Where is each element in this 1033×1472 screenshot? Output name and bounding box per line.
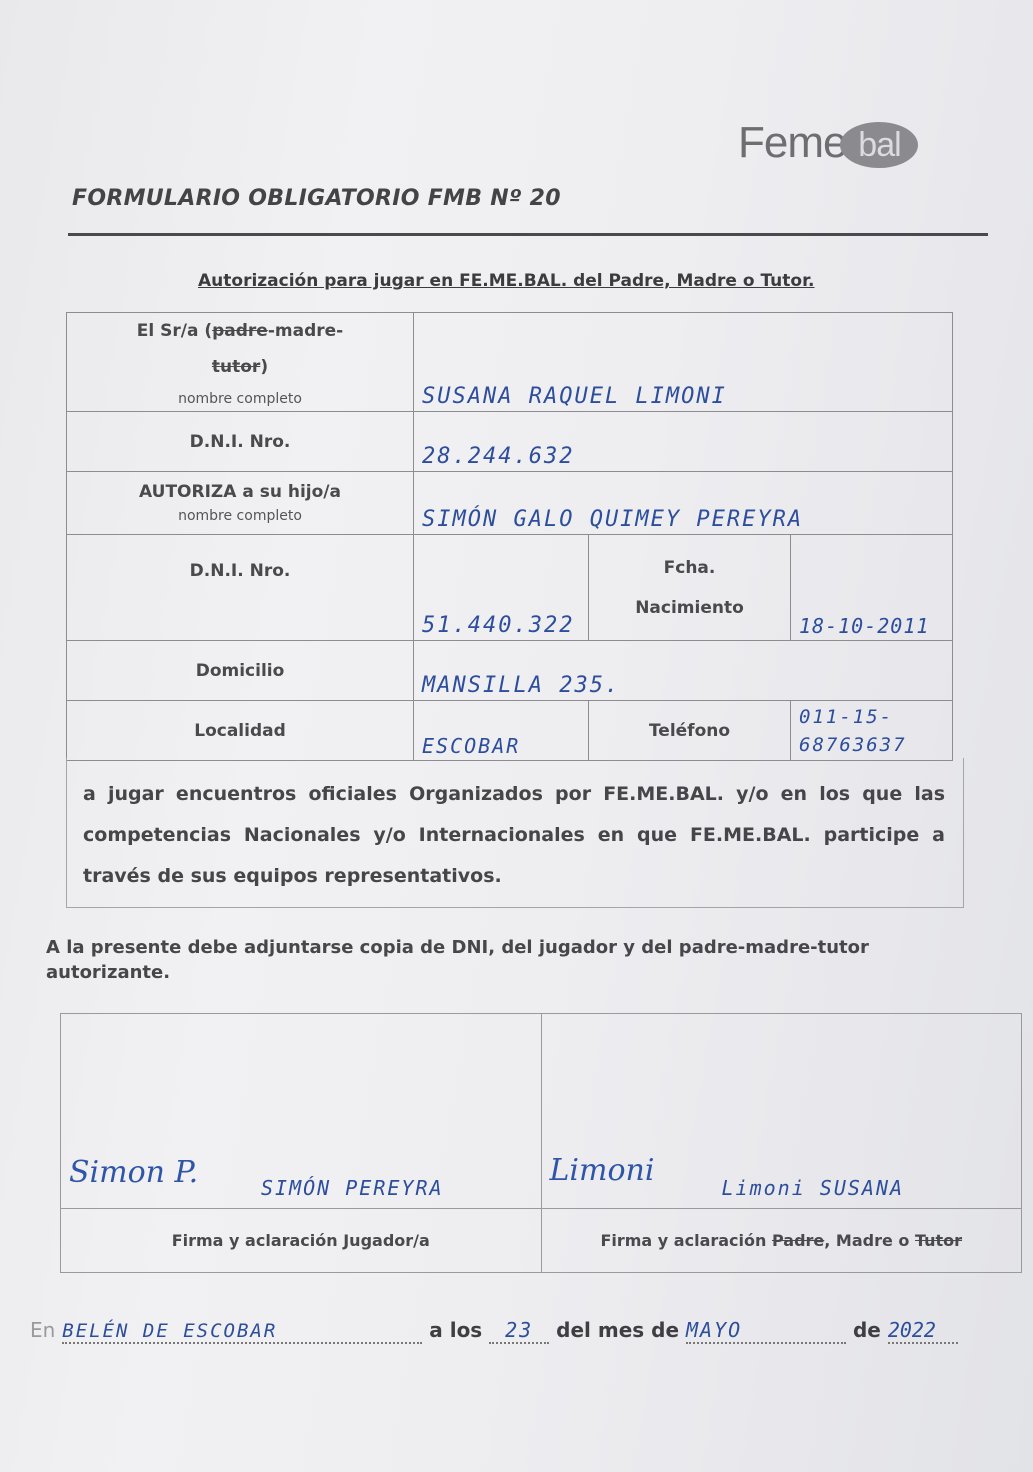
address-label: Domicilio	[67, 641, 414, 701]
phone-label: Teléfono	[589, 701, 791, 761]
attachment-note: A la presente debe adjuntarse copia de D…	[46, 935, 966, 985]
form-subtitle: Autorización para jugar en FE.ME.BAL. de…	[198, 271, 815, 291]
form-title: FORMULARIO OBLIGATORIO FMB Nº 20	[72, 186, 561, 211]
title-divider	[68, 233, 988, 236]
authorization-text: a jugar encuentros oficiales Organizados…	[66, 758, 964, 908]
authorization-table: El Sr/a (padre-madre-tutor) nombre compl…	[66, 312, 953, 761]
phone-field[interactable]: 011-15-68763637	[791, 701, 953, 761]
address-row: Domicilio MANSILLA 235.	[67, 641, 953, 701]
signature-table: Simon P. SIMÓN PEREYRA Limoni Limoni SUS…	[60, 1013, 1022, 1273]
guardian-signature-label: Firma y aclaración Padre, Madre o Tutor	[541, 1209, 1022, 1273]
locality-field[interactable]: ESCOBAR	[414, 701, 589, 761]
guardian-signature: Limoni	[550, 1153, 655, 1188]
place-date-line: En BELÉN DE ESCOBAR a los 23 del mes de …	[30, 1318, 958, 1344]
birth-date-label: Fcha.Nacimiento	[589, 535, 791, 641]
ball-icon: bal	[840, 122, 918, 168]
place-field[interactable]: BELÉN DE ESCOBAR	[62, 1320, 422, 1344]
locality-row: Localidad ESCOBAR Teléfono 011-15-687636…	[67, 701, 953, 761]
address-field[interactable]: MANSILLA 235.	[414, 641, 953, 701]
guardian-name-field[interactable]: SUSANA RAQUEL LIMONI	[414, 313, 953, 412]
child-name-field[interactable]: SIMÓN GALO QUIMEY PEREYRA	[414, 472, 953, 535]
month-field[interactable]: MAYO	[686, 1318, 846, 1344]
player-clarification: SIMÓN PEREYRA	[261, 1176, 444, 1200]
child-dni-label: D.N.I. Nro.	[67, 535, 414, 641]
child-dni-row: D.N.I. Nro. 51.440.322 Fcha.Nacimiento 1…	[67, 535, 953, 641]
guardian-dni-row: D.N.I. Nro. 28.244.632	[67, 412, 953, 472]
child-label: AUTORIZA a su hijo/a nombre completo	[67, 472, 414, 535]
child-name-row: AUTORIZA a su hijo/a nombre completo SIM…	[67, 472, 953, 535]
player-signature: Simon P.	[69, 1155, 198, 1190]
locality-label: Localidad	[67, 701, 414, 761]
guardian-label: El Sr/a (padre-madre-tutor) nombre compl…	[67, 313, 414, 412]
player-signature-label: Firma y aclaración Jugador/a	[61, 1209, 542, 1273]
guardian-name-row: El Sr/a (padre-madre-tutor) nombre compl…	[67, 313, 953, 412]
guardian-signature-box[interactable]: Limoni Limoni SUSANA	[541, 1014, 1022, 1209]
child-dni-field[interactable]: 51.440.322	[414, 535, 589, 641]
year-field[interactable]: 2022	[888, 1318, 958, 1344]
guardian-dni-field[interactable]: 28.244.632	[414, 412, 953, 472]
player-signature-box[interactable]: Simon P. SIMÓN PEREYRA	[61, 1014, 542, 1209]
birth-date-field[interactable]: 18-10-2011	[791, 535, 953, 641]
guardian-clarification: Limoni SUSANA	[722, 1176, 905, 1200]
day-field[interactable]: 23	[489, 1318, 549, 1344]
femebal-logo: Femebal	[738, 118, 918, 168]
guardian-dni-label: D.N.I. Nro.	[67, 412, 414, 472]
